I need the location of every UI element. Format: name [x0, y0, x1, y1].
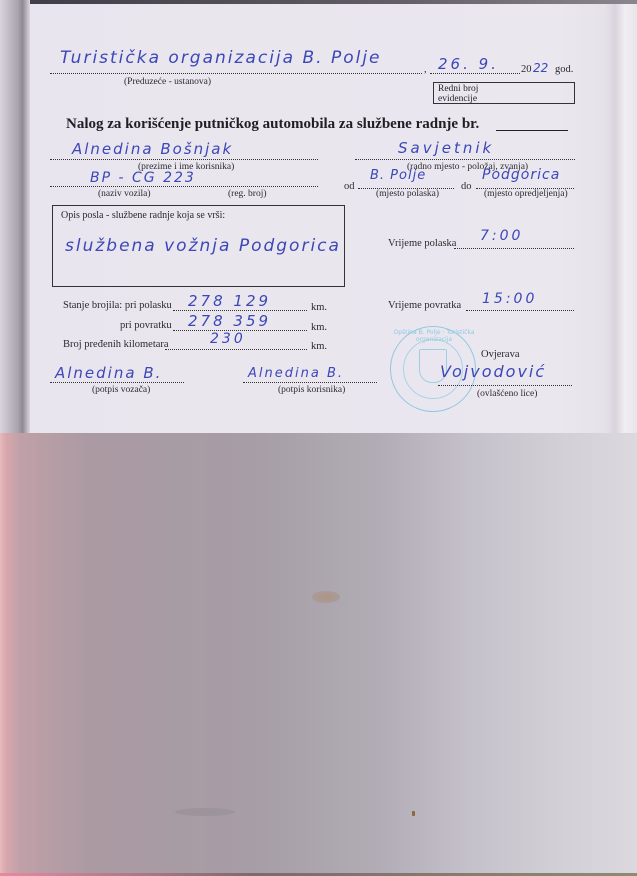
departure-time-line: [454, 248, 574, 249]
distance-value: 230: [210, 331, 246, 347]
position-value: Savjetnik: [398, 139, 494, 157]
year-value: 22: [533, 61, 548, 75]
user-name-line: [50, 159, 318, 160]
reg-caption: (reg. broj): [228, 189, 267, 199]
paper-stain: [312, 591, 340, 603]
user-signature: Alnedina B.: [248, 366, 344, 381]
odometer-departure-line: [173, 310, 307, 311]
paper-speck: [412, 811, 415, 816]
to-label: do: [461, 181, 472, 192]
job-description-value: službena vožnja Podgorica: [65, 236, 341, 256]
user-signature-line: [243, 382, 377, 383]
evidence-number-box[interactable]: Redni broj evidencije: [433, 82, 575, 104]
odometer-return-value: 278 359: [188, 312, 271, 330]
distance-label: Broj pređenih kilometara: [63, 339, 169, 350]
organization-value: Turistička organizacija B. Polje: [60, 48, 382, 68]
job-description-label: Opis posla - službene radnje koja se vrš…: [61, 210, 225, 221]
user-name-value: Alnedina Bošnjak: [72, 140, 233, 158]
form-page: Turistička organizacija B. Polje (Preduz…: [0, 0, 637, 433]
user-signature-caption: (potpis korisnika): [278, 385, 345, 395]
distance-line: [165, 349, 307, 350]
odometer-departure-unit: km.: [311, 302, 327, 313]
departure-time-value: 7:00: [480, 228, 523, 244]
authorized-signature: Vojvodović: [440, 362, 546, 381]
vehicle-value: BP - CG 223: [90, 170, 196, 186]
from-label: od: [344, 181, 355, 192]
paper-smudge: [175, 808, 235, 816]
verify-label: Ovjerava: [481, 349, 519, 360]
authorized-signature-line: [438, 385, 572, 386]
year-prefix: 20: [521, 64, 532, 75]
evidence-label-line1: Redni broj: [438, 84, 570, 94]
odometer-return-unit: km.: [311, 322, 327, 333]
return-time-line: [466, 310, 574, 311]
authorized-signature-caption: (ovlašćeno lice): [477, 389, 537, 399]
year-suffix: god.: [555, 64, 573, 75]
position-line: [355, 159, 575, 160]
date-separator: ,: [424, 64, 427, 75]
vehicle-line: [50, 186, 318, 187]
from-value: B. Polje: [370, 168, 426, 183]
odometer-departure-value: 278 129: [188, 292, 271, 310]
binding-spine: [0, 0, 30, 433]
date-value: 26. 9.: [438, 55, 499, 73]
vehicle-caption: (naziv vozila): [98, 189, 151, 199]
organization-caption: (Preduzeće - ustanova): [124, 77, 211, 87]
driver-signature-caption: (potpis vozača): [92, 385, 150, 395]
distance-unit: km.: [311, 341, 327, 352]
page-top-edge: [30, 0, 637, 4]
back-page: [0, 433, 637, 876]
driver-signature-line: [50, 382, 184, 383]
return-time-value: 15:00: [482, 291, 537, 307]
departure-time-label: Vrijeme polaska: [388, 238, 456, 249]
job-description-box[interactable]: Opis posla - službene radnje koja se vrš…: [52, 205, 345, 287]
return-time-label: Vrijeme povratka: [388, 300, 461, 311]
document-title: Nalog za korišćenje putničkog automobila…: [66, 116, 479, 133]
evidence-label-line2: evidencije: [438, 94, 570, 104]
to-value: Podgorica: [482, 167, 560, 183]
organization-line: [50, 73, 422, 74]
to-caption: (mjesto opredjeljenja): [484, 189, 568, 199]
odometer-return-label: pri povratku: [120, 320, 172, 331]
date-line: [430, 73, 520, 74]
driver-signature: Alnedina B.: [55, 364, 162, 382]
odometer-departure-label: Stanje brojila: pri polasku: [63, 300, 172, 311]
document-number-line[interactable]: [496, 130, 568, 131]
from-caption: (mjesto polaska): [376, 189, 439, 199]
